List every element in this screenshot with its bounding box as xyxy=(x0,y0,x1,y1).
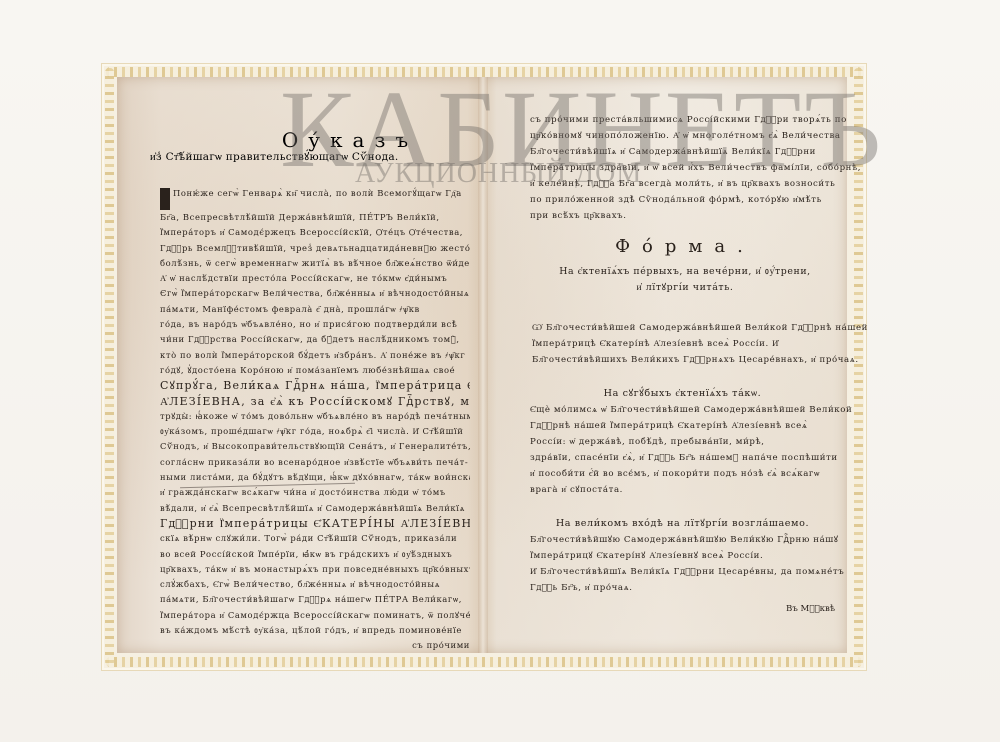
forma-heading: Фо́рма. xyxy=(530,236,840,257)
text-line: и҆ гражда́нскагѡ всѧ́кагѡ чи́на и҆ досто… xyxy=(160,485,470,500)
text-line: Ї҆мпера́трицѣ Є҆катері́нѣ А҆лезі́евнѣ вс… xyxy=(532,336,837,352)
text-line: слꙋ́жбахъ, Є҆гѡ̀ Вели́чество, бл҃же́нныѧ… xyxy=(160,577,470,592)
text-line: и҆ пособи́ти є҆́й во всє́мъ, и҆ покори́т… xyxy=(530,466,835,482)
text-line: Єгѡ̀ Ї҆мпера́торскагѡ Вели́чества, бл҃же… xyxy=(160,286,470,301)
text-line: Ї҆мпера́торъ и҆ Самодє́ржецъ Всероссі́йс… xyxy=(160,225,470,240)
imprint-place: Въ Мⷭ҇квѣ xyxy=(786,604,835,614)
text-line: ᲂу҆ка́зомъ, проше́дшагѡ ҂ѱ҃кг го́да, ноѧ… xyxy=(160,424,470,439)
text-line: съ про́чими преста́вльшимисѧ Россі́йским… xyxy=(530,112,835,128)
text-line: Ѡ҆ Бл҃гочести́вѣйшей Самодержа́внѣйшей В… xyxy=(532,320,837,336)
forma-paragraph: Ѡ҆ Бл҃гочести́вѣйшей Самодержа́внѣйшей В… xyxy=(532,320,837,368)
text-line: и҆ лїтꙋргі́и чита́ть. xyxy=(530,280,840,296)
frame-ornament-right xyxy=(854,68,863,666)
section-ektenia: На сꙋгꙋ́быхъ є҆ктенїѧ́хъ та́кѡ. Є҆щѐ мо́… xyxy=(530,386,835,498)
text-line: при всѣ́хъ цр҃квахъ. xyxy=(530,208,835,224)
text-line: па́мѧти, Манїфе́стомъ феврала̀ є҃ дна̀, … xyxy=(160,302,470,317)
text-line: и҆ келе́йнѣ, Гдⷭ҇а Бг҃а всегда̀ моли́ть,… xyxy=(530,176,835,192)
text-line: въ ка́ждомъ мѣ́стѣ ᲂу҆ка́за, цѣ́лой го́д… xyxy=(160,623,470,638)
drop-cap-initial xyxy=(160,188,170,210)
text-line: скїѧ вѣ́рнѡ слꙋжи́ли. Тогѡ̀ ра́ди Ст҃ѣ́й… xyxy=(160,531,470,546)
text-line: Сꙋпрꙋ́га, Вели́каѧ Гдⷭ҇рнѧ на́ша, Ї҆мпер… xyxy=(160,378,470,393)
text-line: болѣ́знь, ѿ сегѡ̀ временнагѡ житїѧ̀ въ в… xyxy=(160,256,470,271)
decree-subtitle: и҆з̾ Ст҃ѣ́йшагѡ правительствꙋ́ющагѡ Сѷ́н… xyxy=(150,150,470,164)
text-line: цр҃ко́вномꙋ чинопо́ложенїю. А҆ ѡ҆ многол… xyxy=(530,128,835,144)
text-line: Понѥ́же сегѡ̀ Генварѧ̀ кн҃ числа̀, по во… xyxy=(160,186,470,210)
forma-subheading: На є҆ктенїѧ́хъ пе́рвыхъ, на вече́рни, и҆… xyxy=(530,264,840,296)
text-line: согла́снѡ приказа́ли во всенаро́дное и҆з… xyxy=(160,455,470,470)
text-line: А҆ ѡ҆ наслѣ́дствїи престо́ла Россі́йскаг… xyxy=(160,271,470,286)
text-line: Бг҃а, Всепресвѣтлѣ́йшїй Держа́внѣйшїй, П… xyxy=(160,210,470,225)
text-line: А҆ЛЕЗІ́ЕВНА, за є҆ѧ̀ къ Россі́йскомꙋ Гдⷭ… xyxy=(160,394,470,409)
text-line: врага̀ и҆ сꙋпоста́та. xyxy=(530,482,835,498)
text-line: го́да, въ наро́дъ ѡ҆бъѧвле́но, но и҆ при… xyxy=(160,317,470,332)
text-line: па́мѧти, Бл҃гочести́вѣйшагѡ Гдⷭ҇рѧ на́ше… xyxy=(160,592,470,607)
center-fold xyxy=(478,77,488,653)
text-line: Ї҆мпера́трицꙋ Є҆катері́нꙋ А҆лезі́евнꙋ вс… xyxy=(530,548,835,564)
decree-title: Оу́казъ xyxy=(250,128,450,152)
frame-ornament-left xyxy=(105,68,114,666)
section-heading: На сꙋгꙋ́быхъ є҆ктенїѧ́хъ та́кѡ. xyxy=(530,386,835,402)
text-line: го́дꙋ, ꙋ҆досто́ена Коро́ною и҆ пома́занї… xyxy=(160,363,470,378)
section-great-entrance: На вели́комъ вхо́дѣ на лїтꙋргі́и возгла́… xyxy=(530,516,835,596)
text-line: кто̀ по волѝ Ї҆мпера́торской бꙋ́детъ и҆з… xyxy=(160,348,470,363)
text-line: вѣ́дали, и҆ є҆ѧ̀ Всепресвѣтлѣ́йшїѧ и҆ Са… xyxy=(160,501,470,516)
text-line: во всей Россі́йской Ї҆мпе́рїи, ꙗ҆́кѡ въ … xyxy=(160,547,470,562)
text-line: Ї҆мпера́тора и҆ Самодє́ржца Всероссі́йск… xyxy=(160,608,470,623)
text-line: трꙋды̀: ꙗ҆́коже ѡ҆ то́мъ дово́льнѡ ѡ҆бъѧ… xyxy=(160,409,470,424)
text-line: Гдⷭ҇ь Бг҃ъ, и҆ про́чаѧ. xyxy=(530,580,835,596)
text-line: здра́вїи, спасе́нїи є҆ѧ̀, и҆ Гдⷭ҇ь Бг҃ъ … xyxy=(530,450,835,466)
text-line: цр҃квахъ, та́кѡ и҆ въ монастырѧ́хъ при п… xyxy=(160,562,470,577)
right-page-continuation: съ про́чими преста́вльшимисѧ Россі́йским… xyxy=(530,112,835,224)
text-line: Гдⷭ҇рни Ї҆мпера́трицы Є҆КАТЕРІ́НЫ А҆ЛЕЗІ… xyxy=(160,516,470,531)
section-heading: На вели́комъ вхо́дѣ на лїтꙋргі́и возгла́… xyxy=(530,516,835,532)
catchword: съ про́чими xyxy=(160,638,470,653)
text-line: Сѷ́нодъ, и҆ Высокоправи́тельствꙋющїй Сен… xyxy=(160,439,470,454)
text-line: Гдⷭ҇рнѣ на́шей Ї҆мпера́трицѣ Є҆катері́нѣ… xyxy=(530,418,835,434)
text-line: Бл҃гочести́вѣйшихъ Вели́кихъ Гдⷭ҇рнѧхъ Ц… xyxy=(532,352,837,368)
text-line: Бл҃гочести́вѣйшїѧ и҆ Самодержа́внѣйшїѧ В… xyxy=(530,144,835,160)
text-line: чи́ни Гдⷭ҇рства Россі́йскагѡ, да бꙋ́детъ… xyxy=(160,332,470,347)
frame-ornament-bottom xyxy=(106,657,862,667)
text-line: Гдⷭ҇рь Всемлⷭ҇тивѣ́йшїй, чрез̾ девѧтьнад… xyxy=(160,241,470,256)
text-line: Россі́и: ѡ҆ держа́вѣ, побѣ́дѣ, пребыва́н… xyxy=(530,434,835,450)
text-line: И҆ Бл҃гочести́вѣйшїѧ Вели́кїѧ Гдⷭ҇рни Це… xyxy=(530,564,835,580)
text-line: Ї҆мпера́трицы здра́вїи, и҆ ѡ҆ всей и҆́хъ… xyxy=(530,160,835,176)
frame-ornament-top xyxy=(106,67,862,77)
text-line: Бл҃гочести́вѣйшꙋю Самодержа́внѣйшꙋю Вели… xyxy=(530,532,835,548)
text-line: Є҆щѐ мо́лимсѧ ѡ҆ Бл҃гочести́вѣйшей Самод… xyxy=(530,402,835,418)
text-line: На є҆ктенїѧ́хъ пе́рвыхъ, на вече́рни, и҆… xyxy=(530,264,840,280)
text-line: по прило́женной здѣ̀ Сѷнода́льной фо́рмѣ… xyxy=(530,192,835,208)
left-page-body: Понѥ́же сегѡ̀ Генварѧ̀ кн҃ числа̀, по во… xyxy=(160,186,470,654)
